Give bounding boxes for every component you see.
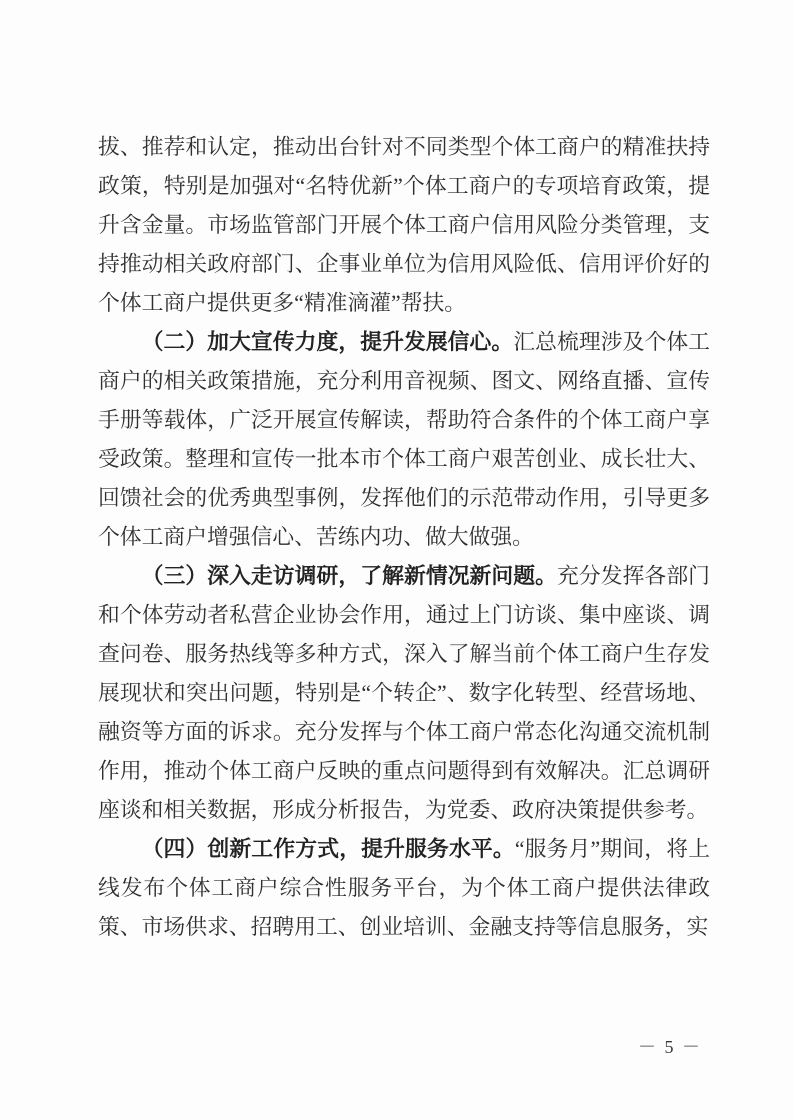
paragraph: （四）创新工作方式，提升服务水平。“服务月”期间，将上线发布个体工商户综合性服务… — [98, 830, 710, 947]
paragraph-text: 汇总梳理涉及个体工商户的相关政策措施，充分利用音视频、图文、网络直播、宣传手册等… — [98, 330, 710, 549]
paragraph-text: 充分发挥各部门和个体劳动者私营企业协会作用，通过上门访谈、集中座谈、调查问卷、服… — [98, 564, 710, 822]
document-page: 拔、推荐和认定，推动出台针对不同类型个体工商户的精准扶持政策，特别是加强对“名特… — [0, 0, 794, 1120]
paragraph: 拔、推荐和认定，推动出台针对不同类型个体工商户的精准扶持政策，特别是加强对“名特… — [98, 128, 710, 323]
document-body: 拔、推荐和认定，推动出台针对不同类型个体工商户的精准扶持政策，特别是加强对“名特… — [98, 128, 710, 947]
page-number: － 5 － — [620, 1033, 720, 1059]
paragraph-heading: （三）深入走访调研，了解新情况新问题。 — [142, 564, 557, 588]
paragraph-text: 拔、推荐和认定，推动出台针对不同类型个体工商户的精准扶持政策，特别是加强对“名特… — [98, 135, 710, 315]
paragraph-heading: （四）创新工作方式，提升服务水平。 — [142, 837, 515, 861]
paragraph: （二）加大宣传力度，提升发展信心。汇总梳理涉及个体工商户的相关政策措施，充分利用… — [98, 323, 710, 557]
paragraph-heading: （二）加大宣传力度，提升发展信心。 — [142, 330, 514, 354]
paragraph: （三）深入走访调研，了解新情况新问题。充分发挥各部门和个体劳动者私营企业协会作用… — [98, 557, 710, 830]
